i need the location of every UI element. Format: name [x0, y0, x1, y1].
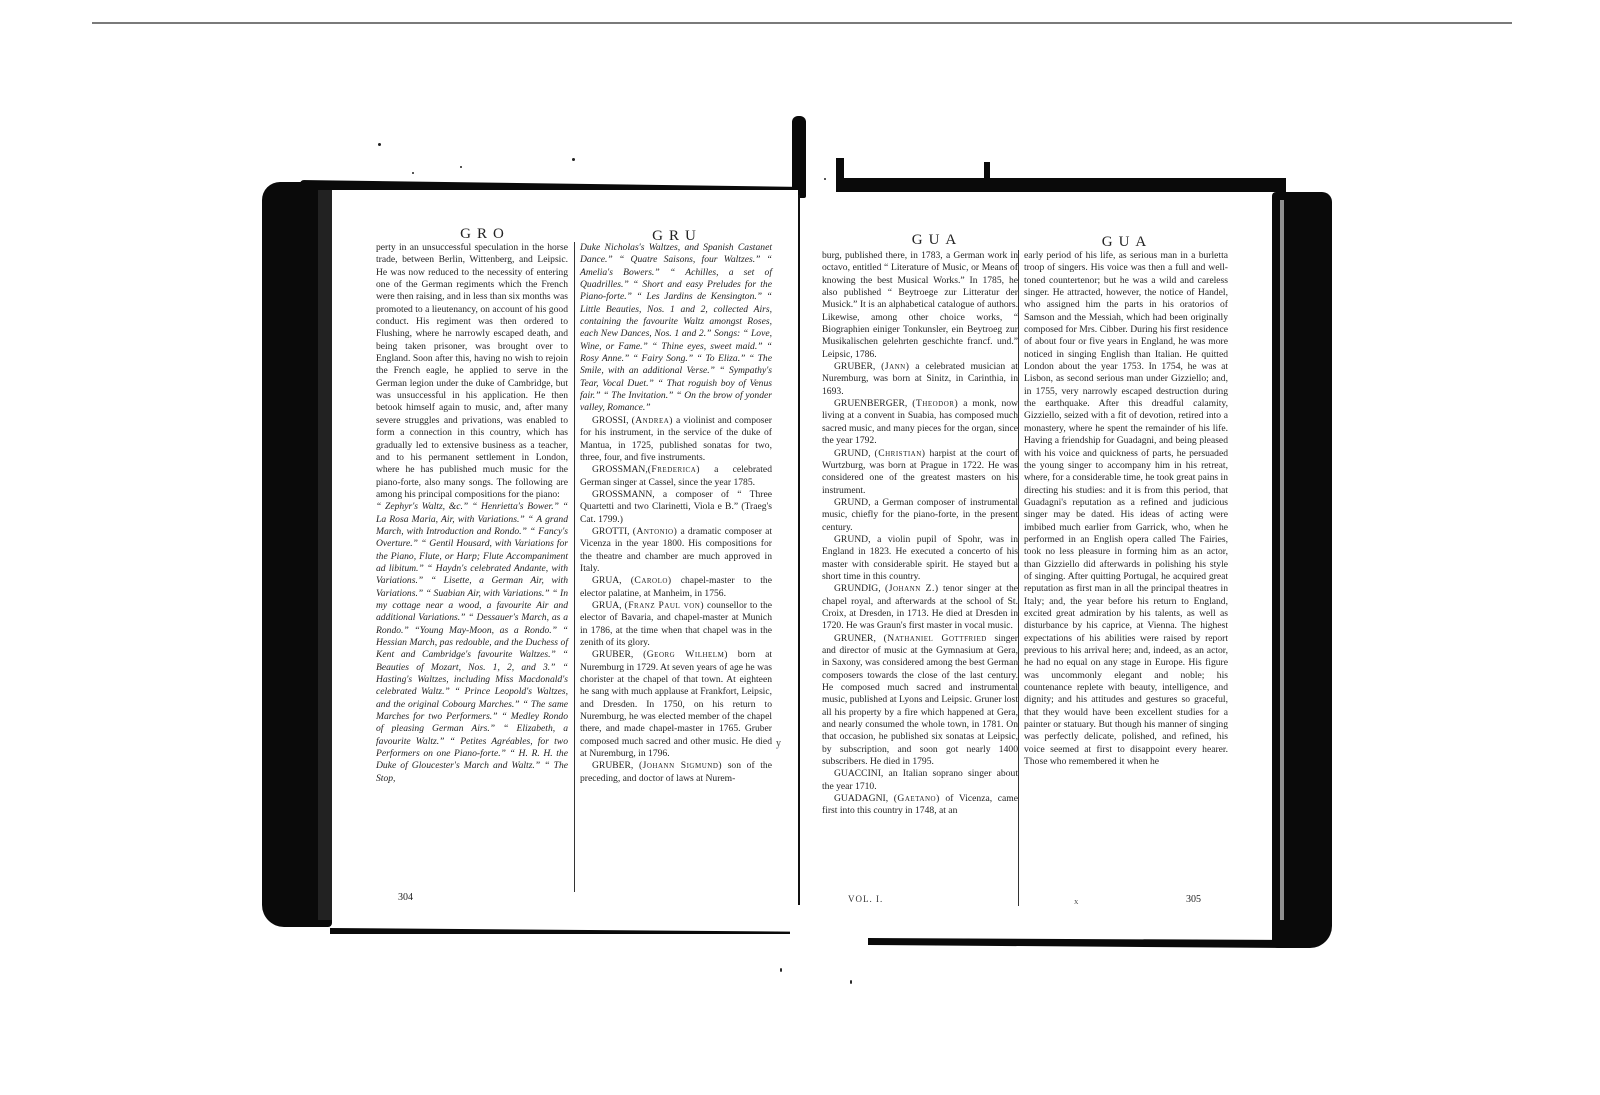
right-cover-highlight [1280, 200, 1284, 920]
right-page-bottom-edge [868, 938, 1288, 948]
entry-headword: GRUBER, [592, 649, 633, 660]
entry-given-name: (Christian) [875, 448, 926, 459]
right-page-top-edge [836, 178, 1286, 192]
dictionary-entry-gruber-jann: GRUBER, (Jann) a celebrated musician at … [822, 361, 1018, 398]
scan-speck [780, 968, 782, 972]
entry-given-name: (Andrea) [632, 415, 673, 426]
entry-given-name: (Georg Wilhelm) [643, 649, 728, 660]
dictionary-entry-grotti: GROTTI, (Antonio) a dramatic composer at… [580, 526, 772, 575]
dictionary-entry-grund-composer: GRUND, a German composer of instrumental… [822, 497, 1018, 534]
entry-text: singer and director of music at the Gymn… [822, 633, 1018, 767]
entry-given-name: (Nathaniel Gottfried [884, 633, 987, 644]
left-page: GRO GRU perty in an unsuccessful specula… [332, 190, 798, 927]
entry-given-name: (Carolo) [631, 575, 672, 586]
scan-top-line [92, 22, 1512, 24]
entry-headword: GUACCINI, [834, 768, 883, 779]
entry-given-name: (Theodor) [912, 398, 958, 409]
entry-headword: GUADAGNI, [834, 793, 888, 804]
paragraph-continuation: perty in an unsuccessful speculation in … [376, 242, 568, 501]
dictionary-entry-gruner: GRUNER, (Nathaniel Gottfried singer and … [822, 633, 1018, 769]
left-page-bottom-edge [330, 928, 790, 934]
entry-headword: GRUBER, [834, 361, 875, 372]
entry-given-name: (Frederica) [648, 464, 700, 475]
entry-headword: GRUBER, [592, 760, 633, 771]
entry-given-name: (Franz Paul von) [625, 600, 705, 611]
left-page-column-2: Duke Nicholas's Waltzes, and Spanish Cas… [580, 242, 772, 785]
scan-speck [824, 178, 826, 180]
composition-list: “ Zephyr's Waltz, &c.” “ Henrietta's Bow… [376, 501, 568, 785]
spine-gutter-line [798, 195, 800, 905]
right-page-column-2: early period of his life, as serious man… [1024, 250, 1228, 768]
right-page: GUA GUA burg, published there, in 1783, … [806, 192, 1272, 938]
dictionary-entry-guadagni: GUADAGNI, (Gaetano) of Vicenza, came fir… [822, 793, 1018, 818]
entry-headword: GROSSMAN, [592, 464, 648, 475]
dictionary-entry-grossi: GROSSI, (Andrea) a violinist and compose… [580, 415, 772, 464]
scan-speck [850, 980, 852, 984]
entry-given-name: (Johann Sigmund) [639, 760, 722, 771]
dictionary-entry-gruber-johann: GRUBER, (Johann Sigmund) son of the prec… [580, 760, 772, 785]
running-head-right-col: GUA [1092, 234, 1162, 251]
left-page-top-edge [300, 180, 805, 190]
entry-headword: GRUND, [834, 534, 871, 545]
entry-headword: GROSSI, [592, 415, 629, 426]
scan-speck [572, 158, 575, 161]
entry-headword: GRUA, [592, 600, 622, 611]
composition-list-continued: Duke Nicholas's Waltzes, and Spanish Cas… [580, 242, 772, 415]
entry-headword: GRUNER, [834, 633, 876, 644]
entry-headword: GRUA, [592, 575, 622, 586]
dictionary-entry-grund-violinist: GRUND, a violin pupil of Spohr, was in E… [822, 534, 1018, 583]
dictionary-entry-grund-christian: GRUND, (Christian) harpist at the court … [822, 448, 1018, 497]
left-cover-inner-edge [318, 190, 332, 920]
entry-headword: GROSSMANN, [592, 489, 655, 500]
running-head-left-col: GRO [450, 226, 520, 243]
entry-given-name: (Antonio) [633, 526, 678, 537]
dictionary-entry-grossman: GROSSMAN,(Frederica) a celebrated German… [580, 464, 772, 489]
scan-speck [460, 166, 462, 168]
dictionary-entry-grossmann: GROSSMANN, a composer of “ Three Quartet… [580, 489, 772, 526]
column-rule [574, 242, 575, 892]
entry-headword: GROTTI, [592, 526, 630, 537]
page-number: 304 [398, 892, 413, 903]
signature-mark: x [1074, 896, 1079, 906]
dictionary-entry-grundig: GRUNDIG, (Johann Z.) tenor singer at the… [822, 583, 1018, 632]
entry-headword: GRUND, [834, 497, 871, 508]
right-page-column-1: burg, published there, in 1783, a German… [822, 250, 1018, 818]
dictionary-entry-grua-carolo: GRUA, (Carolo) chapel-master to the elec… [580, 575, 772, 600]
paragraph-continuation-guadagni: early period of his life, as serious man… [1024, 250, 1228, 768]
entry-given-name: (Johann Z.) [885, 583, 939, 594]
page-number: 305 [1186, 894, 1201, 905]
dictionary-entry-guaccini: GUACCINI, an Italian soprano singer abou… [822, 768, 1018, 793]
entry-given-name: (Gaetano) [894, 793, 940, 804]
spine-tab [792, 116, 806, 198]
scan-speck [412, 172, 414, 174]
entry-headword: GRUENBERGER, [834, 398, 907, 409]
dictionary-entry-gruenberger: GRUENBERGER, (Theodor) a monk, now livin… [822, 398, 1018, 447]
volume-mark: VOL. I. [848, 894, 883, 904]
entry-headword: GRUNDIG, [834, 583, 881, 594]
margin-mark: y [776, 738, 781, 749]
scan-speck [378, 143, 381, 146]
running-head-left-col: GUA [902, 232, 972, 249]
dictionary-entry-grua-franz: GRUA, (Franz Paul von) counsellor to the… [580, 600, 772, 649]
entry-given-name: (Jann) [881, 361, 909, 372]
entry-headword: GRUND, [834, 448, 871, 459]
entry-text: born at Nuremburg in 1729. At seven year… [580, 649, 772, 759]
dictionary-entry-gruber-georg: GRUBER, (Georg Wilhelm) born at Nurembur… [580, 649, 772, 760]
left-page-column-1: perty in an unsuccessful speculation in … [376, 242, 568, 785]
paragraph-continuation: burg, published there, in 1783, a German… [822, 250, 1018, 361]
column-rule [1018, 250, 1019, 906]
